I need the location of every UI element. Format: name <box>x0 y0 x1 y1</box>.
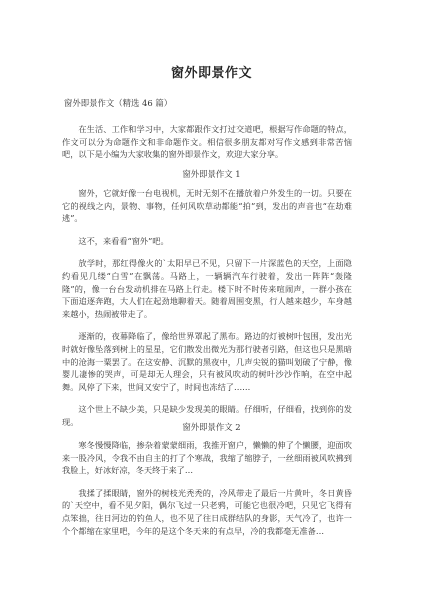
paragraph: 我揉了揉眼睛，窗外的树枝光秃秃的，冷风带走了最后一片黄叶，冬日黄昏的`天空中，看… <box>62 487 352 537</box>
paragraph: 逐渐的，夜幕降临了，像给世界罩起了黑布。路边的灯被树叶包围，发出光时就好像坠落到… <box>62 330 352 393</box>
section-1-body: 窗外，它就好像一台电视机，无时无刻不在播放着户外发生的一切。只要在它的视线之内，… <box>62 187 352 429</box>
section-heading-2: 窗外即景作文 2 <box>0 421 423 433</box>
intro-block: 在生活、工作和学习中，大家都跟作文打过交道吧，根据写作命题的特点，作文可以分为命… <box>62 123 352 161</box>
paragraph: 放学时，那红得像火的`太阳早已不见，只留下一片深蓝色的天空，上面隐约看见几缕“白… <box>62 257 352 320</box>
section-2-body: 寒冬慢慢降临，掺杂着蒙蒙细雨，我推开窗户，懒懒的伸了个懒腰，迎面吹来一股冷风，令… <box>62 439 352 537</box>
paragraph: 寒冬慢慢降临，掺杂着蒙蒙细雨，我推开窗户，懒懒的伸了个懒腰，迎面吹来一股冷风，令… <box>62 439 352 477</box>
document-title: 窗外即景作文 <box>0 62 423 81</box>
intro-paragraph: 在生活、工作和学习中，大家都跟作文打过交道吧，根据写作命题的特点，作文可以分为命… <box>62 123 352 161</box>
paragraph: 窗外，它就好像一台电视机，无时无刻不在播放着户外发生的一切。只要在它的视线之内，… <box>62 187 352 225</box>
document-page: 窗外即景作文 窗外即景作文（精选 46 篇） 在生活、工作和学习中，大家都跟作文… <box>0 0 423 600</box>
section-heading-1: 窗外即景作文 1 <box>0 168 423 180</box>
document-subtitle: 窗外即景作文（精选 46 篇） <box>64 97 172 109</box>
paragraph: 这不，来看看“窗外”吧。 <box>62 235 352 248</box>
